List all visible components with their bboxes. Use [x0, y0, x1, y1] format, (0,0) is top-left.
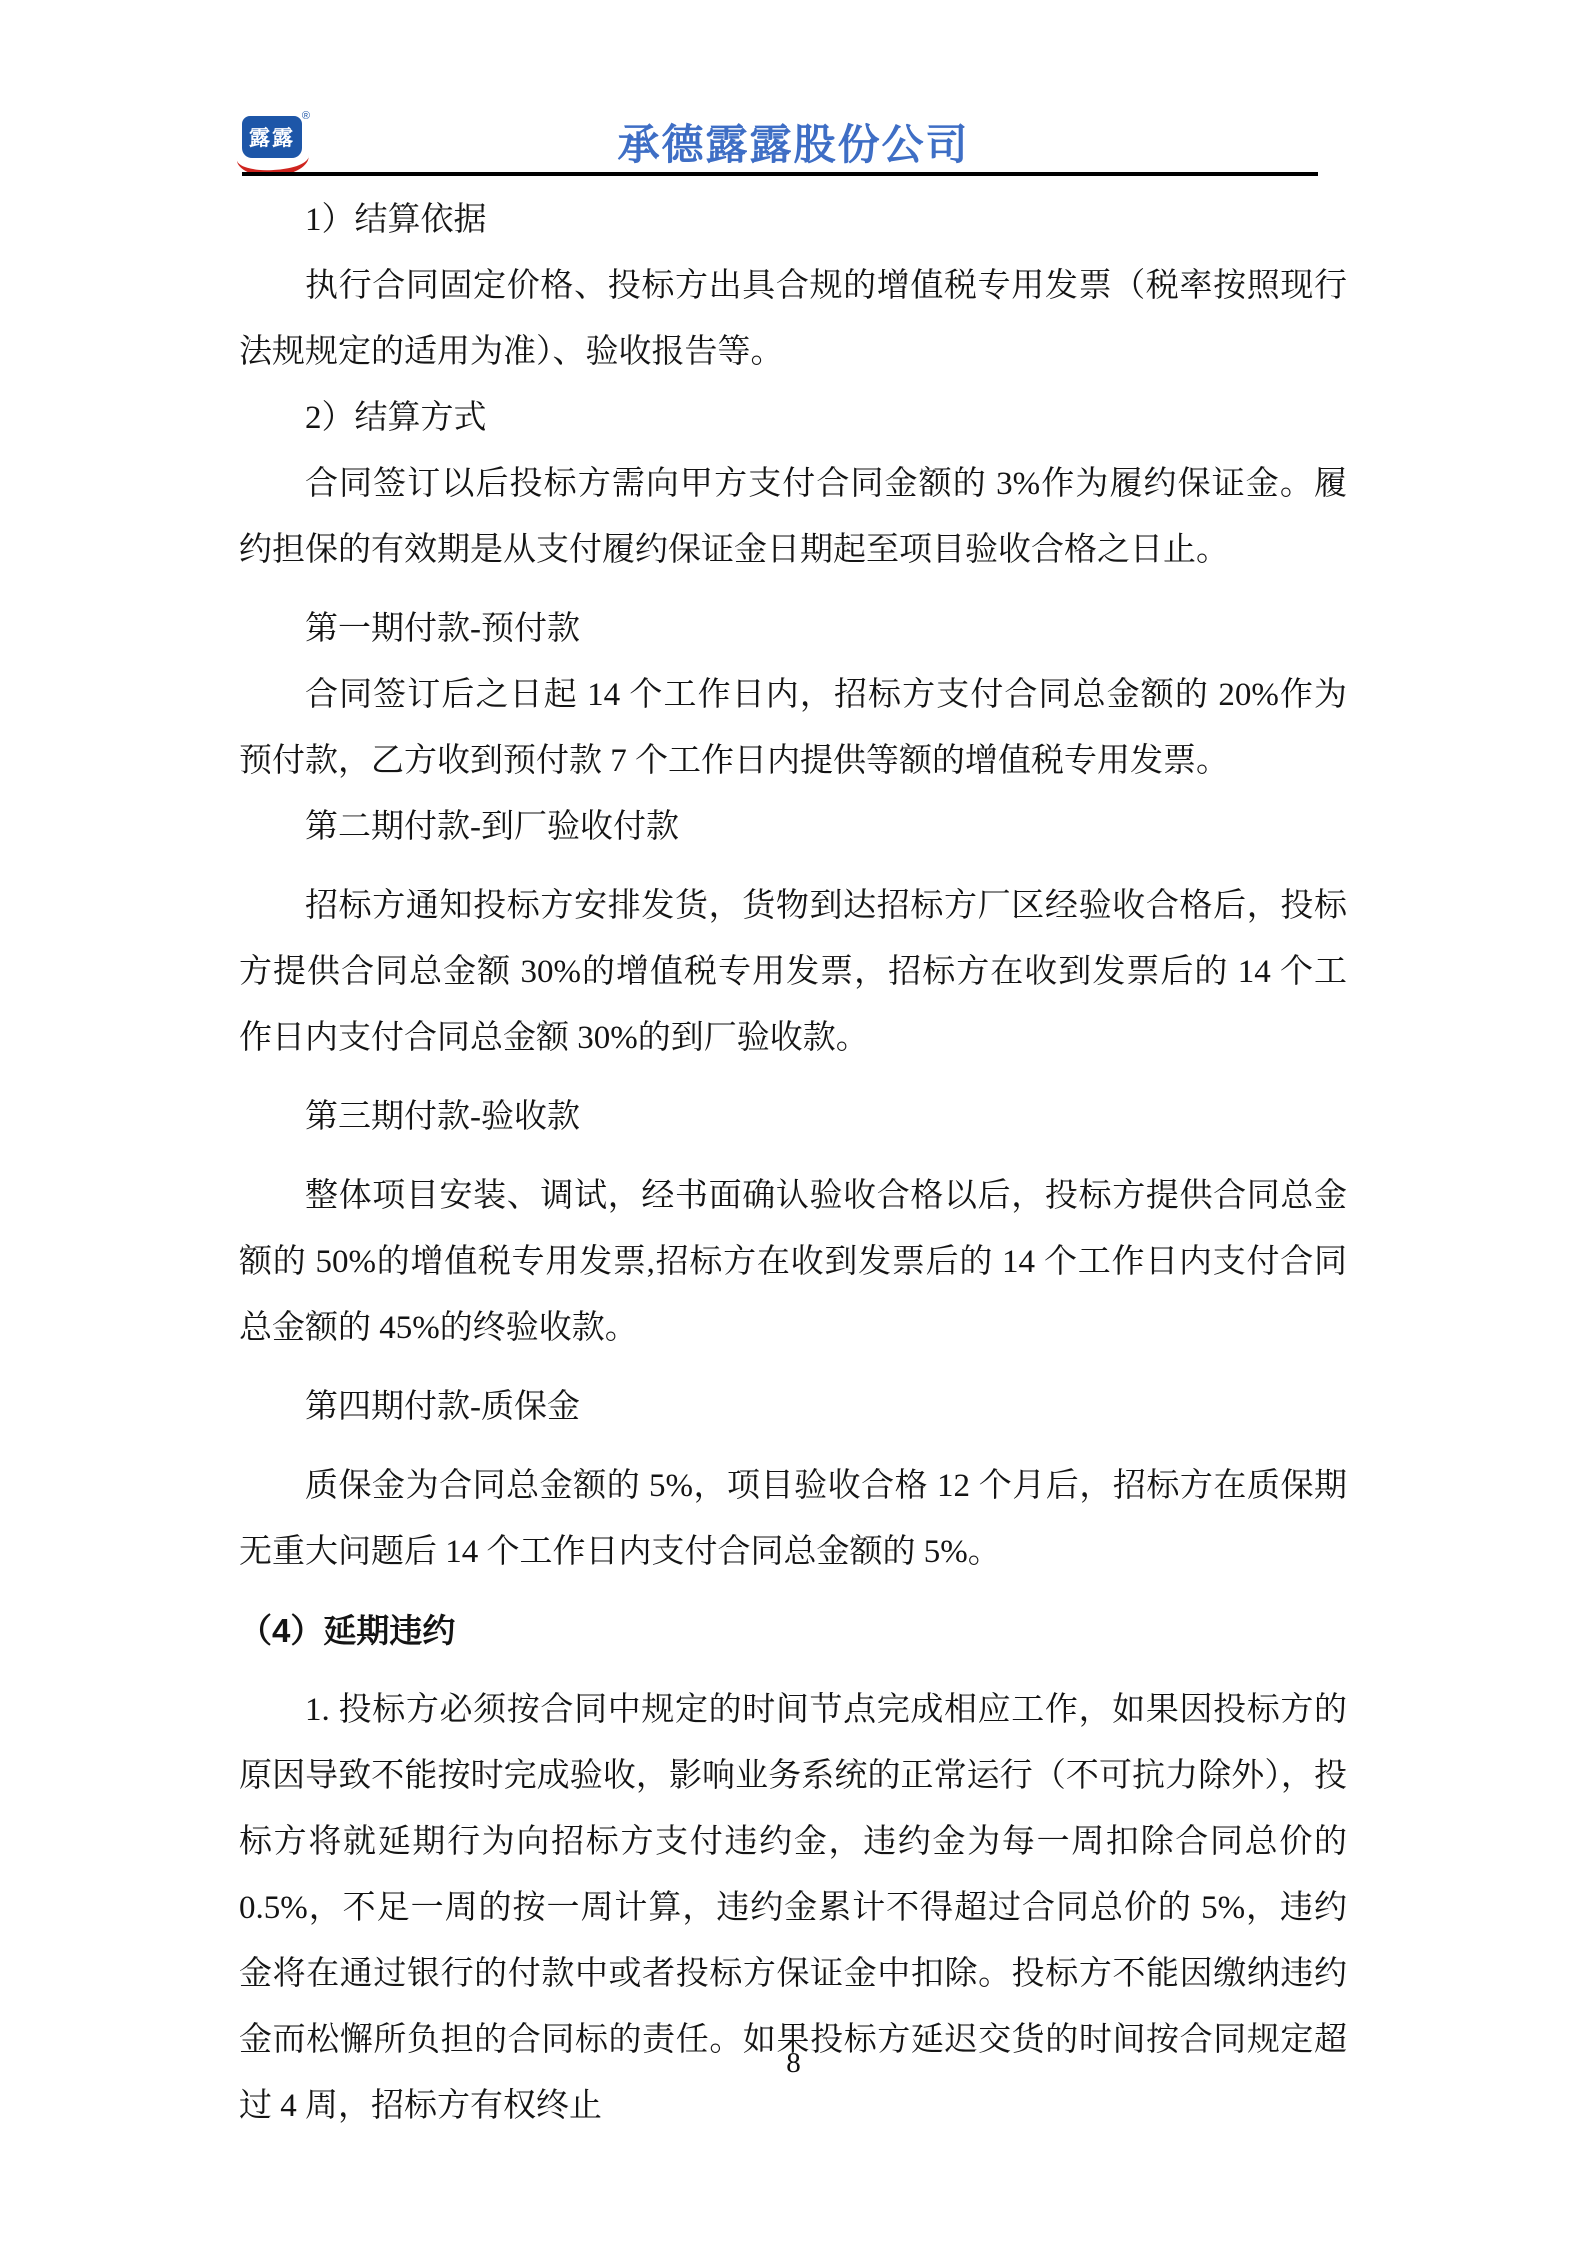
company-name-title: 承德露露股份公司 — [0, 120, 1587, 170]
para-payment-phase-1: 合同签订后之日起 14 个工作日内，招标方支付合同总金额的 20%作为预付款，乙… — [239, 662, 1347, 794]
heading-payment-phase-4: 第四期付款-质保金 — [239, 1374, 1347, 1440]
heading-payment-phase-2: 第二期付款-到厂验收付款 — [239, 794, 1347, 860]
document-page: 露露 ® 承德露露股份公司 1）结算依据 执行合同固定价格、投标方出具合规的增值… — [0, 0, 1587, 2245]
para-payment-phase-2: 招标方通知投标方安排发货，货物到达招标方厂区经验收合格后，投标方提供合同总金额 … — [239, 873, 1347, 1071]
para-performance-bond: 合同签订以后投标方需向甲方支付合同金额的 3%作为履约保证金。履约担保的有效期是… — [239, 451, 1347, 583]
para-payment-phase-3: 整体项目安装、调试，经书面确认验收合格以后，投标方提供合同总金额的 50%的增值… — [239, 1163, 1347, 1361]
para-settlement-basis: 执行合同固定价格、投标方出具合规的增值税专用发票（税率按照现行法规规定的适用为准… — [239, 253, 1347, 385]
document-body: 1）结算依据 执行合同固定价格、投标方出具合规的增值税专用发票（税率按照现行法规… — [239, 187, 1347, 2139]
heading-payment-phase-3: 第三期付款-验收款 — [239, 1084, 1347, 1150]
heading-payment-phase-1: 第一期付款-预付款 — [239, 596, 1347, 662]
page-number: 8 — [0, 2046, 1587, 2080]
para-payment-phase-4: 质保金为合同总金额的 5%，项目验收合格 12 个月后，招标方在质保期无重大问题… — [239, 1453, 1347, 1585]
heading-settlement-method: 2）结算方式 — [239, 385, 1347, 451]
heading-settlement-basis: 1）结算依据 — [239, 187, 1347, 253]
header-divider — [242, 172, 1318, 176]
heading-delay-breach: （4）延期违约 — [239, 1598, 1347, 1664]
